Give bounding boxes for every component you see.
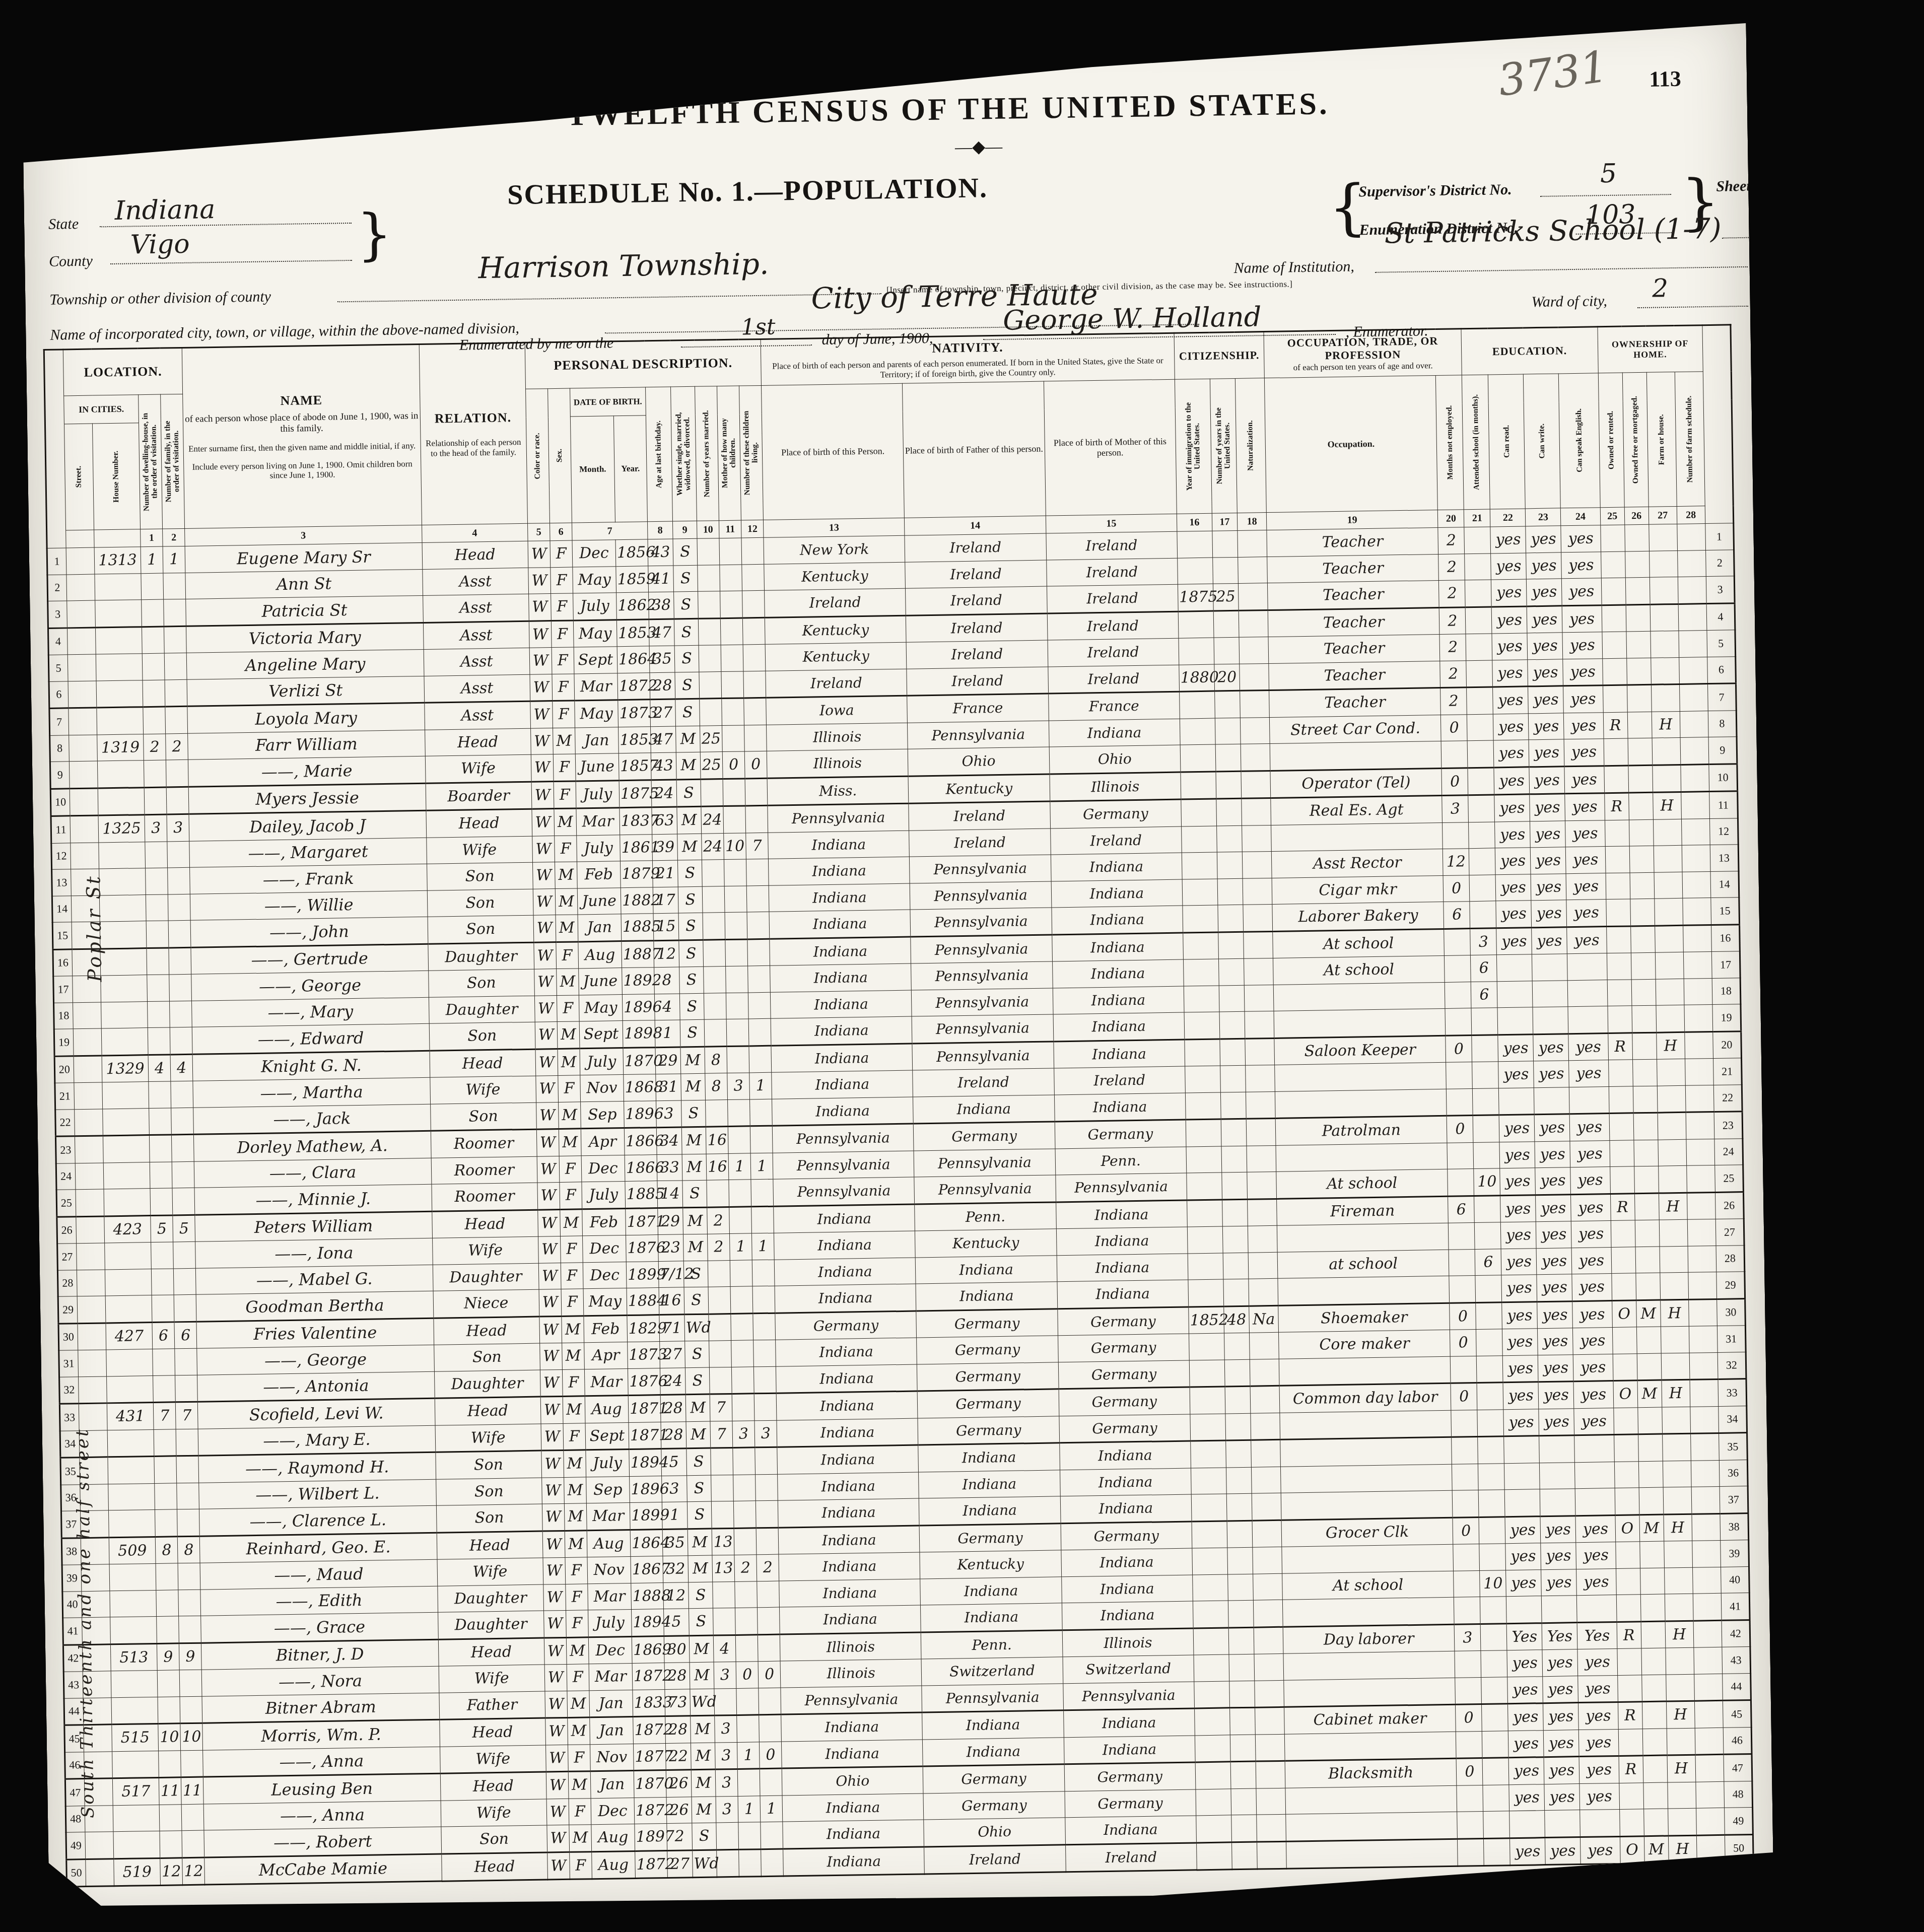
cell: 24 [702,833,724,860]
cell [1184,986,1219,1013]
cell [96,680,143,708]
cell [1192,1548,1228,1575]
cell: Yes [1506,1623,1542,1650]
cell [1455,1650,1481,1677]
cell [734,1528,757,1555]
cell: Victoria Mary [186,623,424,653]
cell: France [907,694,1049,723]
cell: 28 [661,1421,686,1448]
cell [181,1804,204,1831]
cell [1247,1145,1276,1172]
cell [1196,1788,1231,1816]
cell: Head [422,541,528,569]
cell: Sept [574,647,617,674]
cell: Teacher [1268,607,1439,637]
cell [1616,1595,1641,1622]
cell [757,1581,780,1608]
cell: M [555,888,578,915]
row-number-right: 39 [1720,1540,1749,1567]
cell: Apr [581,1128,625,1156]
cell: Miss. [767,776,909,806]
cell: S [689,1582,713,1609]
cell [758,1607,780,1634]
cell: yes [1565,793,1605,821]
cell [1678,603,1707,631]
cell: 1329 [102,1055,149,1082]
cell [752,1286,775,1313]
cell: M [556,969,579,995]
cell: yes [1566,900,1606,927]
cell [142,599,164,627]
cell [1283,1651,1455,1680]
cell [1191,1440,1226,1468]
cell: 3 [1454,1624,1481,1651]
cell: Iowa [766,696,908,725]
cell: yes [1503,1355,1539,1383]
cell: 1877 [633,1743,666,1770]
cell: yes [1535,1141,1570,1168]
cell [1574,1435,1614,1463]
cell [164,653,187,679]
cell: Dec [572,540,616,567]
cell: Dec [581,1155,625,1182]
cell: Ireland [905,533,1046,562]
cell [750,1126,773,1153]
cell [1679,684,1708,711]
cell: Germany [1057,1307,1189,1336]
cell [177,1483,199,1509]
header-col18: Naturalization. [1235,378,1266,513]
header-house-number: House Number. [93,423,141,530]
cell [109,1563,156,1591]
cell [1608,1060,1633,1086]
cell: yes [1492,633,1528,660]
cell [1617,1675,1642,1702]
cell: Kentucky [765,615,906,645]
cell: Ireland [1054,1066,1185,1094]
cell [164,626,187,653]
cell: W [535,1022,558,1049]
cell [1607,953,1631,980]
cell [1634,1166,1659,1193]
cell: W [531,781,554,809]
cell: Boarder [426,782,532,811]
header-dob: DATE OF BIRTH. [570,387,646,417]
cell [736,1688,759,1715]
cell: 0 [1446,1035,1472,1062]
cell: 24 [701,806,724,834]
cell [728,1126,750,1153]
cell: Ohio [1049,745,1181,774]
cell: Ann St [185,569,423,599]
cell [1227,1521,1253,1548]
cell [1229,1681,1255,1708]
cell [1651,631,1679,657]
cell [1626,658,1651,685]
row-number-right: 25 [1714,1165,1743,1192]
cell [176,1429,198,1456]
cell [1638,1434,1663,1461]
cell: H [1660,1299,1689,1327]
cell: ——, George [197,1345,434,1374]
cell [1499,1087,1535,1115]
cell [1478,1463,1505,1490]
cell: 24 [651,779,677,807]
census-sheet: 7-224. TWELFTH CENSUS OF THE UNITED STAT… [21,1,1774,1923]
cell [159,1804,182,1831]
cell [1445,1008,1472,1036]
cell [748,992,771,1019]
cell [103,1108,150,1136]
cell: Indiana [776,1391,918,1420]
cell: Germany [1050,799,1181,828]
cell: 2 [1439,607,1466,634]
cell [150,1135,172,1162]
cell [737,1715,760,1742]
cell: S [679,940,704,967]
cell: M [553,727,575,754]
cell [1468,795,1495,822]
header-citizenship: CITIZENSHIP. [1174,332,1265,380]
cell: yes [1574,1408,1614,1435]
row-number-right: 34 [1718,1406,1747,1433]
cell: 25 [700,725,723,752]
cell [1482,1731,1509,1758]
row-number-left: 10 [50,788,70,816]
cell [175,1348,197,1375]
cell: Street Car Cond. [1269,715,1441,744]
cell: Asst [424,701,530,730]
cell [158,1696,180,1723]
cell: Indiana [772,1097,914,1126]
cell: S [682,1180,707,1207]
cell [1601,551,1625,578]
cell [745,805,768,833]
cell: Jan [589,1690,633,1717]
cell: Ireland [765,588,906,617]
header-nativity: NATIVITY. Place of birth of each person … [761,333,1175,385]
cell [722,725,745,751]
cell: M [685,1394,710,1421]
cell [101,1001,148,1028]
cell: July [577,835,621,862]
cell: Wife [439,1665,545,1693]
header-col13: Place of birth of this Person. [762,383,905,520]
cell: yes [1536,1194,1571,1222]
cell [1611,1273,1636,1300]
cell [1465,606,1492,634]
cell [1602,604,1626,632]
cell [1577,1595,1617,1622]
cell: yes [1508,1703,1544,1731]
cell [1663,1461,1691,1487]
cell: yes [1529,766,1565,794]
cell [726,966,748,993]
cell: Cabinet maker [1284,1704,1456,1734]
cell: M [567,1690,590,1717]
cell: F [569,1851,592,1879]
row-number-left: 9 [50,762,70,789]
cell [1627,684,1652,712]
cell [163,573,186,599]
cell [1472,1062,1499,1088]
cell: 1870 [623,1047,656,1074]
census-table-body: 1131311Eugene Mary SrHeadWFDec185643SNew… [47,523,1753,1887]
cell [1244,985,1274,1011]
cell [1641,1675,1666,1702]
cell: M [557,1021,580,1049]
cell [1665,1647,1694,1674]
cell [1614,1434,1638,1462]
cell: 1871 [629,1422,661,1449]
cell: ——, Wilbert L. [199,1479,436,1509]
cell: ——, Gertrude [191,944,428,974]
cell: Illinois [780,1632,921,1661]
row-number-right: 10 [1709,764,1738,791]
pencil-stamp: 3731 [1495,41,1611,106]
cell: 1876 [626,1235,658,1262]
cell: yes [1573,1328,1613,1355]
row-number-right: 4 [1706,603,1735,630]
cell [749,1046,772,1073]
cell [1183,932,1219,960]
header-col11: Mother of how many children. [717,386,741,521]
cell: yes [1503,1409,1539,1436]
cell: 21 [652,860,678,887]
cell: R [1603,712,1628,738]
cell: Germany [923,1791,1065,1820]
cell: yes [1561,525,1601,553]
cell: 1869 [632,1636,664,1663]
cell [1661,1326,1689,1353]
cell [1231,1815,1257,1842]
cell: 0 [758,1661,781,1688]
cell [1475,1275,1502,1302]
cell: yes [1527,579,1562,606]
cell [1181,826,1217,853]
cell [1477,1383,1503,1410]
cell: Germany [1059,1414,1191,1442]
county-label: County [49,253,93,270]
cell [1680,737,1709,765]
cell: Pennsylvania [910,855,1051,883]
cell [1477,1409,1504,1436]
cell: Dec [591,1798,635,1825]
cell [1652,765,1681,792]
cell [1650,577,1678,604]
cell: Dec [582,1235,626,1263]
cell: M [688,1529,712,1556]
cell: ——, Maud [200,1559,437,1589]
cell [113,1805,160,1832]
cell: W [539,1316,562,1343]
cell [167,841,190,868]
cell: Indiana [776,1364,918,1394]
cell: S [684,1287,709,1314]
cell [1282,1544,1454,1573]
cell: 3 [715,1742,737,1769]
cell: W [545,1745,568,1772]
cell: Jan [575,727,619,754]
cell: yes [1528,686,1564,714]
cell: 10 [1474,1168,1500,1196]
cell [735,1581,758,1608]
cell: yes [1573,1354,1613,1382]
street-cell [85,1832,114,1859]
cell: Mar [576,808,620,836]
cell: yes [1507,1650,1543,1677]
cell: yes [1537,1274,1572,1302]
cell: yes [1568,1033,1608,1061]
cell: Germany [918,1416,1059,1445]
schedule-title: SCHEDULE No. 1.—POPULATION. [507,172,988,211]
row-number-right: 49 [1724,1808,1753,1835]
cell: yes [1579,1729,1619,1757]
cell: 16 [706,1127,728,1154]
cell [703,939,726,967]
cell: 1899 [626,1261,659,1288]
cell [1240,690,1270,717]
cell [1194,1681,1230,1708]
cell: 5 [151,1215,173,1242]
cell: 10 [158,1723,181,1751]
cell: M [568,1717,590,1745]
row-number-right: 28 [1716,1245,1745,1272]
cell [1478,1436,1504,1464]
cell [1686,1139,1715,1165]
cell: M [562,1343,584,1369]
cell [1638,1461,1663,1488]
cell: 1829 [627,1315,660,1342]
cell: Son [427,889,533,917]
cell [1275,1062,1447,1091]
cell [1682,845,1710,872]
cell: Teacher [1267,580,1439,610]
cell [146,921,169,948]
cell [1449,1223,1475,1250]
cell [1473,1088,1499,1115]
cell [1545,1810,1581,1838]
cell: Pennsylvania [908,720,1049,749]
cell [105,1269,152,1296]
cell: M [682,1154,707,1181]
cell [1225,1386,1251,1413]
row-number-right: 3 [1706,576,1735,603]
cell: Ireland [906,586,1047,615]
cell [1683,925,1711,952]
supervisor-label: Supervisor's District No. [1358,181,1512,201]
cell [1452,1464,1479,1490]
cell: Indiana [916,1282,1057,1311]
cell [153,1375,176,1402]
cell [713,1581,735,1608]
cell: Penn. [915,1202,1056,1231]
cell: yes [1541,1543,1576,1570]
cell [99,868,146,895]
cell [1189,1333,1224,1360]
cell [714,1688,737,1715]
cell: Aug [578,941,622,969]
row-number-right: 29 [1716,1272,1745,1299]
cell: Teacher [1267,527,1438,557]
street-cell [66,547,95,574]
cell [1569,1086,1609,1114]
cell: M [688,1555,713,1582]
cell: W [538,1263,561,1289]
cell: Wd [690,1689,715,1716]
cell: ——, Marie [188,756,426,786]
cell [735,1608,758,1635]
cell [1465,553,1491,580]
cell: Indiana [777,1418,918,1447]
cell: 1894 [631,1609,664,1636]
cell: Pennsylvania [911,934,1052,963]
cell [1454,1597,1481,1624]
header-col24: Can speak English. [1559,373,1600,508]
cell [1630,872,1655,899]
cell [704,993,726,1019]
cell: 9 [157,1643,180,1670]
row-number-right: 33 [1718,1379,1747,1406]
cell [1284,1732,1456,1761]
cell [141,573,164,600]
cell: ——, Willie [190,890,428,920]
cell [178,1563,200,1590]
cell: June [578,968,622,995]
cell: Yes [1577,1622,1617,1649]
cell: F [553,701,575,728]
cell [1626,604,1651,632]
cell: S [675,672,700,699]
cell [96,654,143,681]
cell [107,1375,154,1403]
cell [1651,684,1680,711]
cell: 3 [1470,928,1497,955]
row-number-left: 5 [48,655,68,681]
cell: F [561,1262,583,1289]
cell [1684,1031,1713,1059]
cell: W [541,1477,564,1504]
row-number-right: 7 [1707,683,1736,711]
cell [1247,1171,1277,1199]
cell: yes [1544,1730,1579,1757]
cell: W [530,728,553,754]
cell: 1313 [94,547,141,574]
cell: 8 [705,1073,728,1100]
cell [1238,530,1267,557]
cell: Indiana [783,1846,925,1876]
cell [733,1447,755,1475]
enumerated-day: 1st [741,314,776,340]
cell [1666,1674,1694,1701]
cell: M [691,1769,716,1797]
cell [1465,580,1492,607]
cell: ——, Anna [203,1747,440,1777]
cell: yes [1502,1301,1538,1329]
cell [171,1108,194,1135]
cell [1250,1359,1279,1386]
cell: 48 [1224,1306,1250,1333]
cell [1605,846,1630,873]
cell: July [586,1450,630,1477]
cell: S [674,618,699,646]
cell [1189,1359,1225,1387]
cell [1223,1253,1249,1279]
cell [1251,1439,1281,1467]
cell [1643,1782,1668,1809]
cell: yes [1540,1515,1576,1543]
cell [1253,1573,1283,1600]
